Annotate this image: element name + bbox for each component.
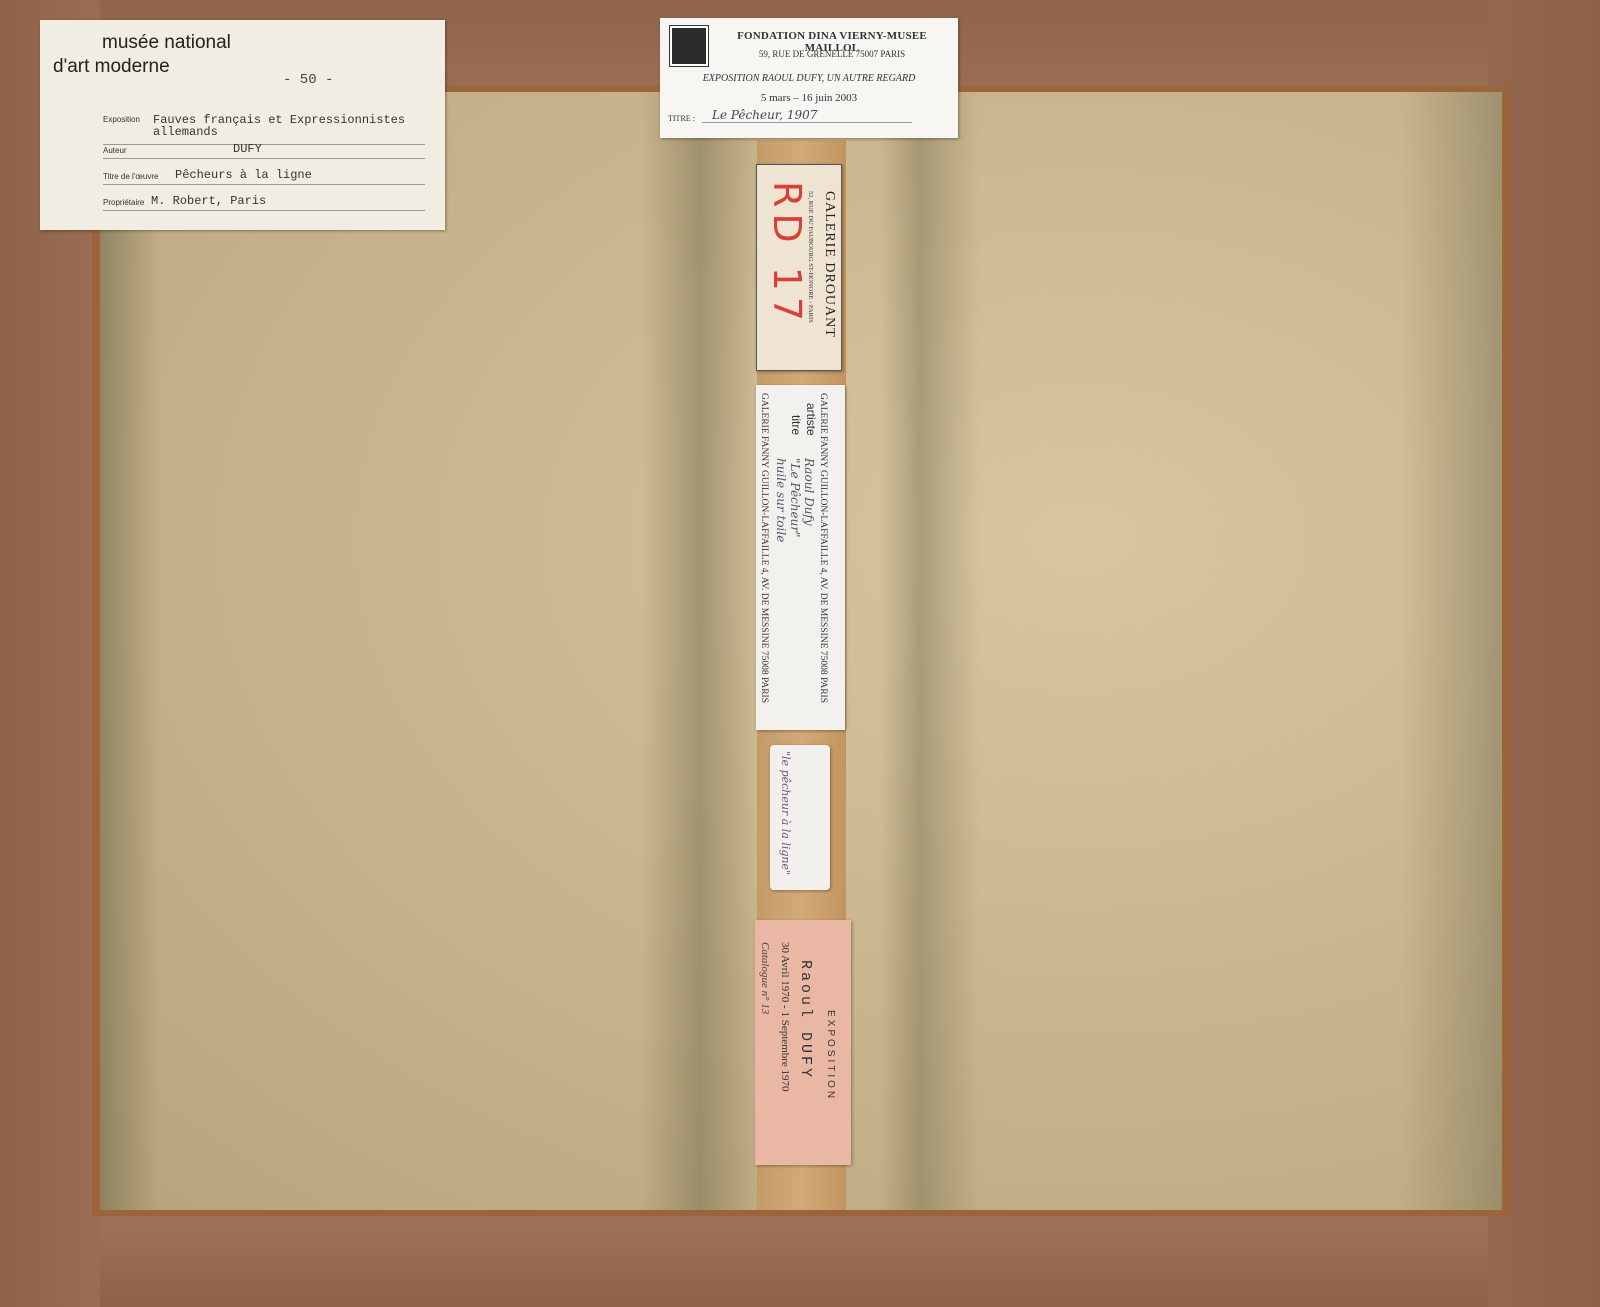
fondation-logo-icon bbox=[670, 26, 708, 66]
fondation-label: FONDATION DINA VIERNY-MUSEE MAILLOL 59, … bbox=[660, 18, 958, 138]
red-handwritten-mark: RD 17 bbox=[765, 181, 809, 327]
mnam-title-line2: d'art moderne bbox=[53, 56, 170, 78]
exposition-dufy-label: EXPOSITION Raoul DUFY 30 Avril 1970 - 1 … bbox=[755, 920, 851, 1165]
mnam-row-auteur: Auteur DUFY bbox=[103, 138, 425, 159]
mnam-label: musée national d'art moderne - 50 - Expo… bbox=[40, 20, 445, 230]
mnam-row-titre: Titre de l'œuvre Pêcheurs à la ligne bbox=[103, 164, 425, 185]
fondation-handwritten-title: Le Pêcheur, 1907 bbox=[702, 108, 912, 123]
fanny-guillon-label: GALERIE FANNY GUILLON-LAFFAILLE 4, AV. D… bbox=[756, 385, 845, 730]
handwritten-note-label: "le pêcheur à la ligne" bbox=[770, 745, 830, 890]
mnam-row-proprietaire: Propriétaire M. Robert, Paris bbox=[103, 190, 425, 211]
mnam-number: - 50 - bbox=[283, 72, 333, 88]
drouant-label: GALERIE DROUANT 52, RUE DU FAUBOURG ST-H… bbox=[756, 164, 842, 371]
mnam-title-line1: musée national bbox=[102, 32, 231, 54]
frame-bottom-rail bbox=[0, 1207, 1600, 1307]
